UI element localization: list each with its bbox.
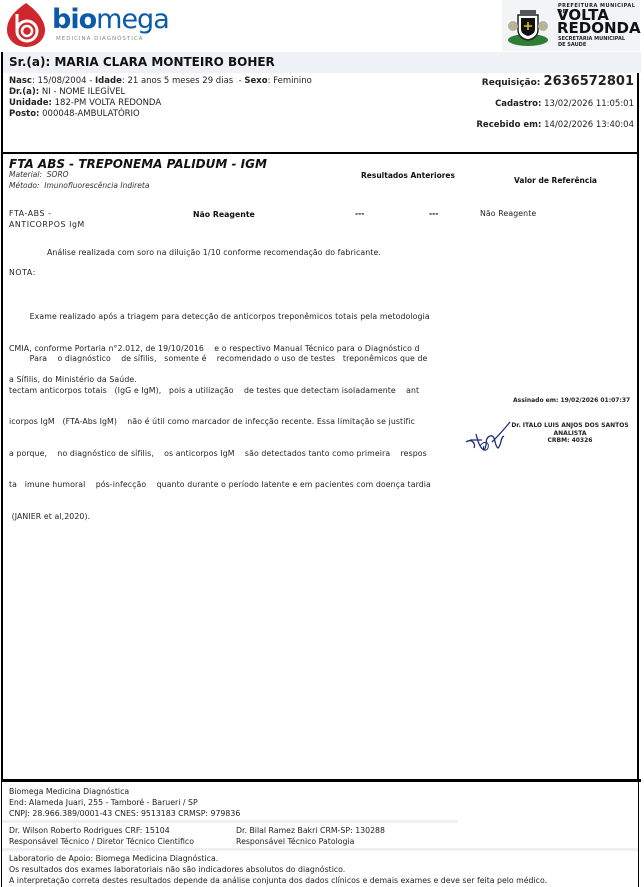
signer-info: Dr. ITALO LUIS ANJOS DOS SANTOS ANALISTA…	[500, 422, 640, 445]
exam-title: FTA ABS - TREPONEMA PALIDUM - IGM	[9, 157, 267, 171]
city-name: VOLTA REDONDA	[557, 9, 641, 35]
previous-result-2: ---	[429, 209, 438, 218]
city-crest-icon	[506, 4, 550, 48]
result-value: Não Reagente	[193, 210, 255, 219]
previous-results-header: Resultados Anteriores	[361, 171, 455, 180]
patient-demographics: Nasc: 15/08/2004 - Idade: 21 anos 5 mese…	[9, 76, 312, 87]
responsible-1: Dr. Wilson Roberto Rodrigues CRF: 15104 …	[9, 825, 194, 847]
patient-post: Posto: 000048-AMBULATÓRIO	[9, 109, 312, 120]
biomega-tagline: MEDICINA DIAGNÓSTICA	[56, 36, 143, 42]
reference-value: Não Reagente	[480, 209, 536, 220]
biomega-wordmark: biomega	[52, 6, 169, 34]
analysis-note: Análise realizada com soro na diluição 1…	[47, 248, 381, 259]
patient-doctor: Dr.(a): NI - NOME ILEGÍVEL	[9, 87, 312, 98]
exam-material: Material: SORO	[9, 170, 69, 179]
analyte-name: FTA-ABS - ANTICORPOS IgM	[9, 209, 85, 230]
nota-paragraph-2: Para o diagnóstico de sífilis, somente é…	[9, 333, 431, 533]
patient-name: Sr.(a): MARIA CLARA MONTEIRO BOHER	[9, 55, 275, 69]
responsible-2: Dr. Bilal Ramez Bakri CRM-SP: 130288 Res…	[236, 825, 385, 847]
patient-info: Nasc: 15/08/2004 - Idade: 21 anos 5 mese…	[9, 76, 312, 120]
footer-separator	[2, 820, 458, 823]
footer-divider	[1, 779, 641, 782]
biomega-drop-icon	[6, 2, 46, 48]
requisition: Requisição: 2636572801	[482, 74, 634, 89]
footer-left-border	[1, 782, 2, 887]
health-department: SECRETARIA MUNICIPAL DE SAUDE	[558, 36, 625, 48]
received-date: Recebido em: 14/02/2026 13:40:04	[476, 120, 634, 130]
registered-date: Cadastro: 13/02/2026 11:05:01	[495, 99, 634, 109]
report-header: biomega MEDICINA DIAGNÓSTICA PREFEITURA …	[0, 0, 644, 52]
reference-header: Valor de Referência	[514, 176, 597, 185]
exam-method: Método: Imunofluorescência Indireta	[9, 181, 149, 190]
nota-label: NOTA:	[9, 268, 36, 279]
section-divider	[1, 152, 639, 154]
requisition-number: 2636572801	[544, 74, 634, 89]
patient-unit: Unidade: 182-PM VOLTA REDONDA	[9, 98, 312, 109]
volta-redonda-logo: PREFEITURA MUNICIPAL DE VOLTA REDONDA SE…	[502, 0, 640, 51]
company-info: Biomega Medicina Diagnóstica End: Alamed…	[9, 786, 240, 819]
biomega-logo: biomega MEDICINA DIAGNÓSTICA	[6, 2, 166, 50]
disclaimer: Laboratorio de Apoio: Biomega Medicina D…	[9, 853, 547, 886]
footer-right-border	[638, 782, 639, 887]
frame-left-border	[1, 52, 3, 780]
footer-separator-2	[2, 848, 638, 851]
signed-at: Assinado em: 19/02/2026 01:07:37	[513, 397, 644, 404]
previous-result-1: ---	[355, 209, 364, 218]
